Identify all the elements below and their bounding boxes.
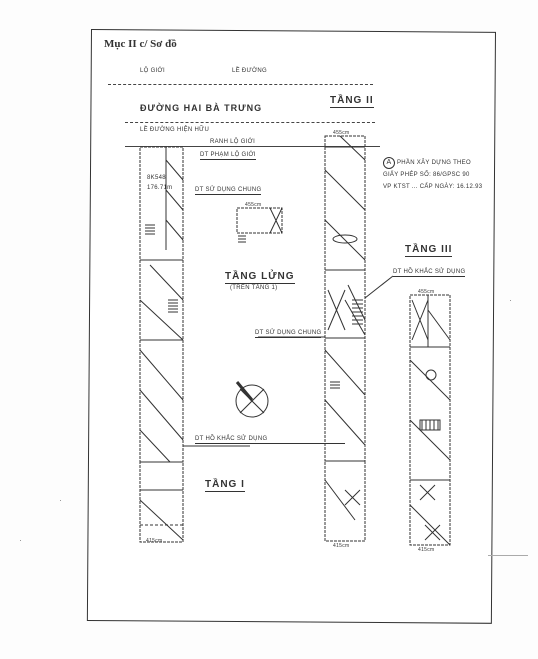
plan-tang-1	[140, 147, 250, 542]
scanned-page: Mục II c/ Sơ đồ LỘ GIỚI LỀ ĐƯỜNG ĐƯỜNG H…	[0, 0, 538, 659]
plan-tang-3	[410, 295, 450, 545]
scan-mark	[488, 555, 528, 556]
dim-bottom-3: 415cm	[418, 547, 435, 553]
scan-speck	[510, 300, 511, 301]
plan-mini	[237, 208, 282, 242]
plan-tang-2	[258, 136, 393, 541]
floor-plans-drawing	[0, 0, 538, 659]
dim-top-2: 455cm	[333, 130, 350, 136]
dim-bottom-1: 415cm	[146, 538, 163, 544]
north-arrow-icon	[236, 382, 268, 417]
dim-bottom-2: 415cm	[333, 543, 350, 549]
scan-speck	[20, 540, 21, 541]
dim-top-3: 455cm	[418, 289, 435, 295]
dim-top-lung: 455cm	[245, 202, 262, 208]
scan-speck	[60, 500, 61, 501]
